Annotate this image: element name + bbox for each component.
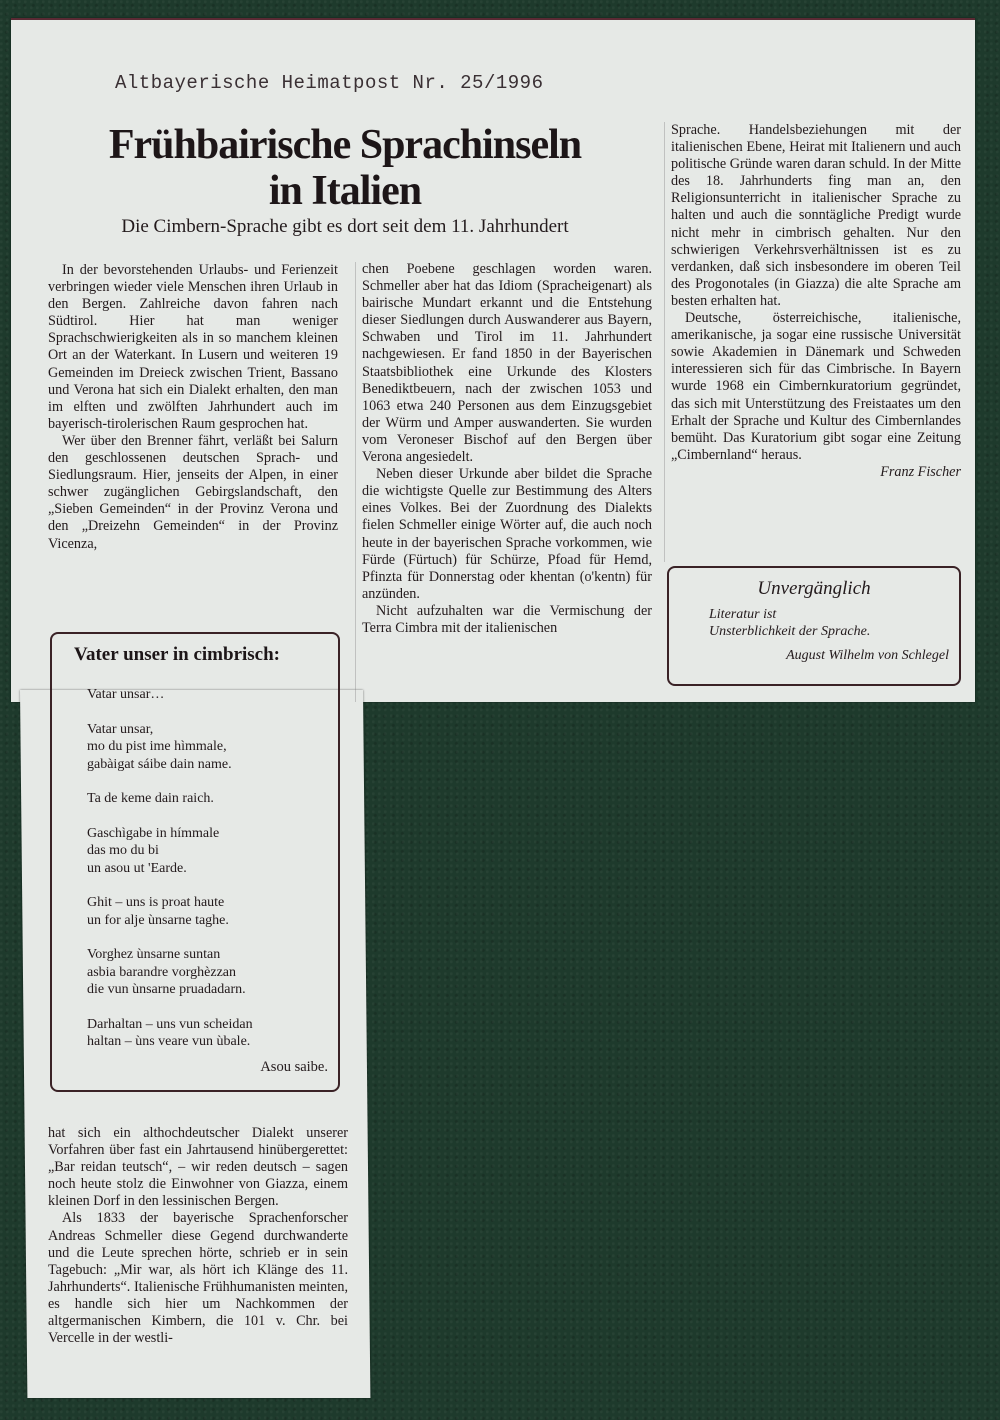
prayer-line: Ghit – uns is proat haute (87, 894, 338, 912)
article-column-1-top: In der bevorstehenden Urlaubs- und Ferie… (48, 262, 338, 553)
prayer-line: das mo du bi (87, 842, 338, 860)
paragraph: Sprache. Handelsbeziehungen mit der ital… (671, 122, 961, 310)
prayer-stanza: Ta de keme dain raich. (87, 790, 338, 808)
headline-line-1: Frühbairische Sprachinseln (40, 122, 650, 168)
quote-title: Unvergänglich (669, 578, 959, 600)
prayer-line: haltan – ùns veare vun ùbale. (87, 1033, 338, 1051)
article-column-1-bottom: hat sich ein althochdeutscher Dialekt un… (48, 1125, 348, 1347)
prayer-closing: Asou saibe. (260, 1059, 328, 1076)
prayer-line: mo du pist ime hìmmale, (87, 738, 338, 756)
prayer-line: un for alje ùnsarne taghe. (87, 912, 338, 930)
paragraph: Nicht aufzuhalten war die Vermischung de… (362, 603, 652, 637)
author-signature: Franz Fischer (671, 464, 961, 481)
quote-line-2: Unsterblichkeit der Sprache. (709, 623, 959, 640)
prayer-line: Darhaltan – uns vun scheidan (87, 1016, 338, 1034)
prayer-line: Vatar unsar, (87, 721, 338, 739)
paragraph: Wer über den Brenner fährt, verläßt bei … (48, 433, 338, 553)
paragraph: In der bevorstehenden Urlaubs- und Ferie… (48, 262, 338, 433)
typed-masthead: Altbayerische Heimatpost Nr. 25/1996 (115, 72, 543, 94)
prayer-stanza: Gaschìgabe in hímmaledas mo du biun asou… (87, 825, 338, 878)
lords-prayer-box: Vater unser in cimbrisch: Vatar unsar…Va… (50, 632, 340, 1092)
prayer-box-title: Vater unser in cimbrisch: (74, 644, 338, 666)
prayer-line: Gaschìgabe in hímmale (87, 825, 338, 843)
prayer-stanza: Vorghez ùnsarne suntanasbia barandre vor… (87, 946, 338, 999)
prayer-stanza: Vatar unsar,mo du pist ime hìmmale,gabài… (87, 721, 338, 774)
subheadline: Die Cimbern-Sprache gibt es dort seit de… (40, 216, 650, 238)
prayer-line: un asou ut 'Earde. (87, 860, 338, 878)
prayer-line: die vun ùnsarne pruadadarn. (87, 981, 338, 999)
column-divider (355, 262, 356, 702)
headline: Frühbairische Sprachinseln in Italien (40, 122, 650, 214)
prayer-line: gabàigat sáibe dain name. (87, 756, 338, 774)
quote-author: August Wilhelm von Schlegel (669, 648, 949, 664)
prayer-line: Ta de keme dain raich. (87, 790, 338, 808)
article-column-2: chen Poebene geschlagen worden waren. Sc… (362, 261, 652, 637)
prayer-stanza: Vatar unsar… (87, 686, 338, 704)
prayer-stanza: Darhaltan – uns vun scheidanhaltan – ùns… (87, 1016, 338, 1051)
prayer-line: Vatar unsar… (87, 686, 338, 704)
prayer-stanzas: Vatar unsar…Vatar unsar,mo du pist ime h… (52, 686, 338, 1051)
article-layout: Altbayerische Heimatpost Nr. 25/1996 Frü… (0, 0, 1000, 1420)
prayer-stanza: Ghit – uns is proat hauteun for alje ùns… (87, 894, 338, 929)
paragraph: Deutsche, österreichische, italienische,… (671, 310, 961, 464)
quote-box: Unvergänglich Literatur ist Unsterblichk… (667, 566, 961, 686)
paragraph: Als 1833 der bayerische Sprachenforscher… (48, 1210, 348, 1347)
headline-line-2: in Italien (40, 168, 650, 214)
paragraph: chen Poebene geschlagen worden waren. Sc… (362, 261, 652, 466)
prayer-line: Vorghez ùnsarne suntan (87, 946, 338, 964)
quote-line-1: Literatur ist (709, 606, 959, 623)
paragraph: Neben dieser Urkunde aber bildet die Spr… (362, 466, 652, 603)
prayer-line: asbia barandre vorghèzzan (87, 964, 338, 982)
column-divider (664, 122, 665, 562)
quote-text: Literatur ist Unsterblichkeit der Sprach… (709, 606, 959, 640)
paragraph: hat sich ein althochdeutscher Dialekt un… (48, 1125, 348, 1210)
article-column-3: Sprache. Handelsbeziehungen mit der ital… (671, 122, 961, 481)
